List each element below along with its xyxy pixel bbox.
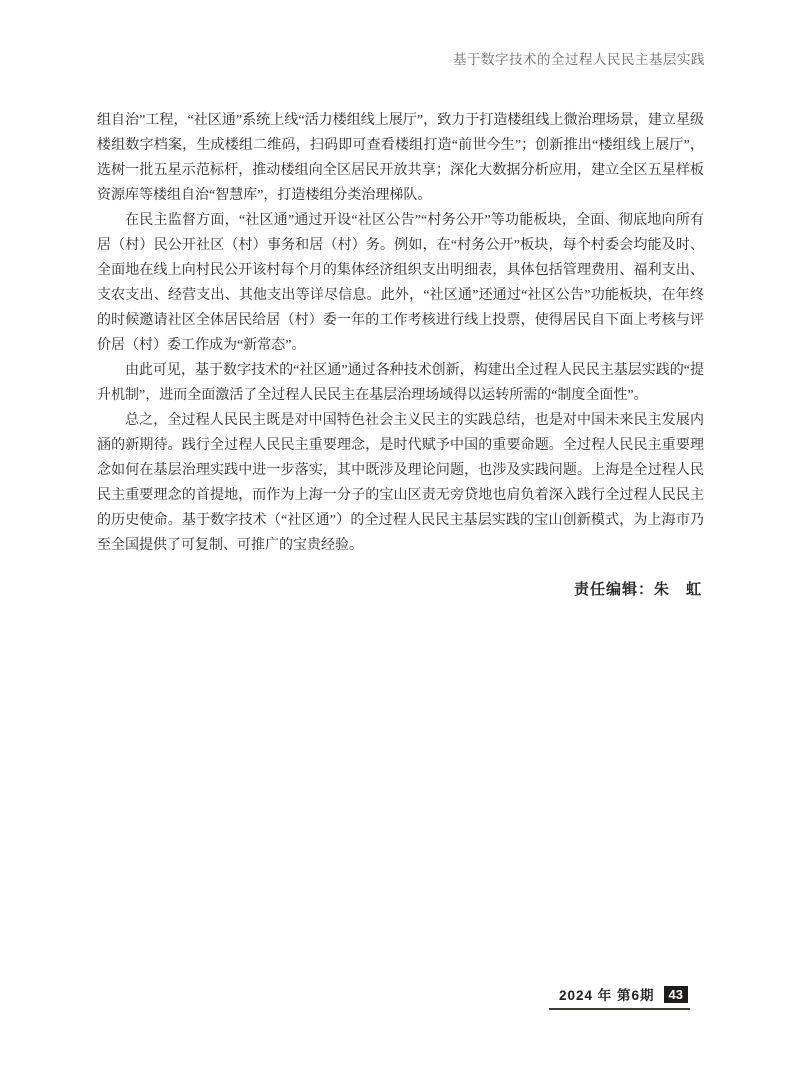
page-number-badge: 43	[664, 986, 688, 1003]
journal-page: 基于数字技术的全过程人民民主基层实践 组自治”工程，“社区通”系统上线“活力楼组…	[0, 0, 799, 1077]
paragraph: 由此可见，基于数字技术的“社区通”通过各种技术创新，构建出全过程人民民主基层实践…	[97, 358, 704, 408]
paragraph: 组自治”工程，“社区通”系统上线“活力楼组线上展厅”，致力于打造楼组线上微治理场…	[97, 108, 704, 208]
article-body: 组自治”工程，“社区通”系统上线“活力楼组线上展厅”，致力于打造楼组线上微治理场…	[97, 108, 704, 603]
page-footer: 2024 年 第6期 43	[549, 984, 690, 1010]
paragraph: 总之，全过程人民民主既是对中国特色社会主义民主的实践总结，也是对中国未来民主发展…	[97, 408, 704, 558]
issue-label: 2024 年 第6期	[559, 984, 655, 1004]
paragraph: 在民主监督方面，“社区通”通过开设“社区公告”“村务公开”等功能板块，全面、彻底…	[97, 208, 704, 358]
editor-credit: 责任编辑：朱 虹	[97, 578, 704, 603]
running-header-title: 基于数字技术的全过程人民民主基层实践	[453, 48, 705, 68]
